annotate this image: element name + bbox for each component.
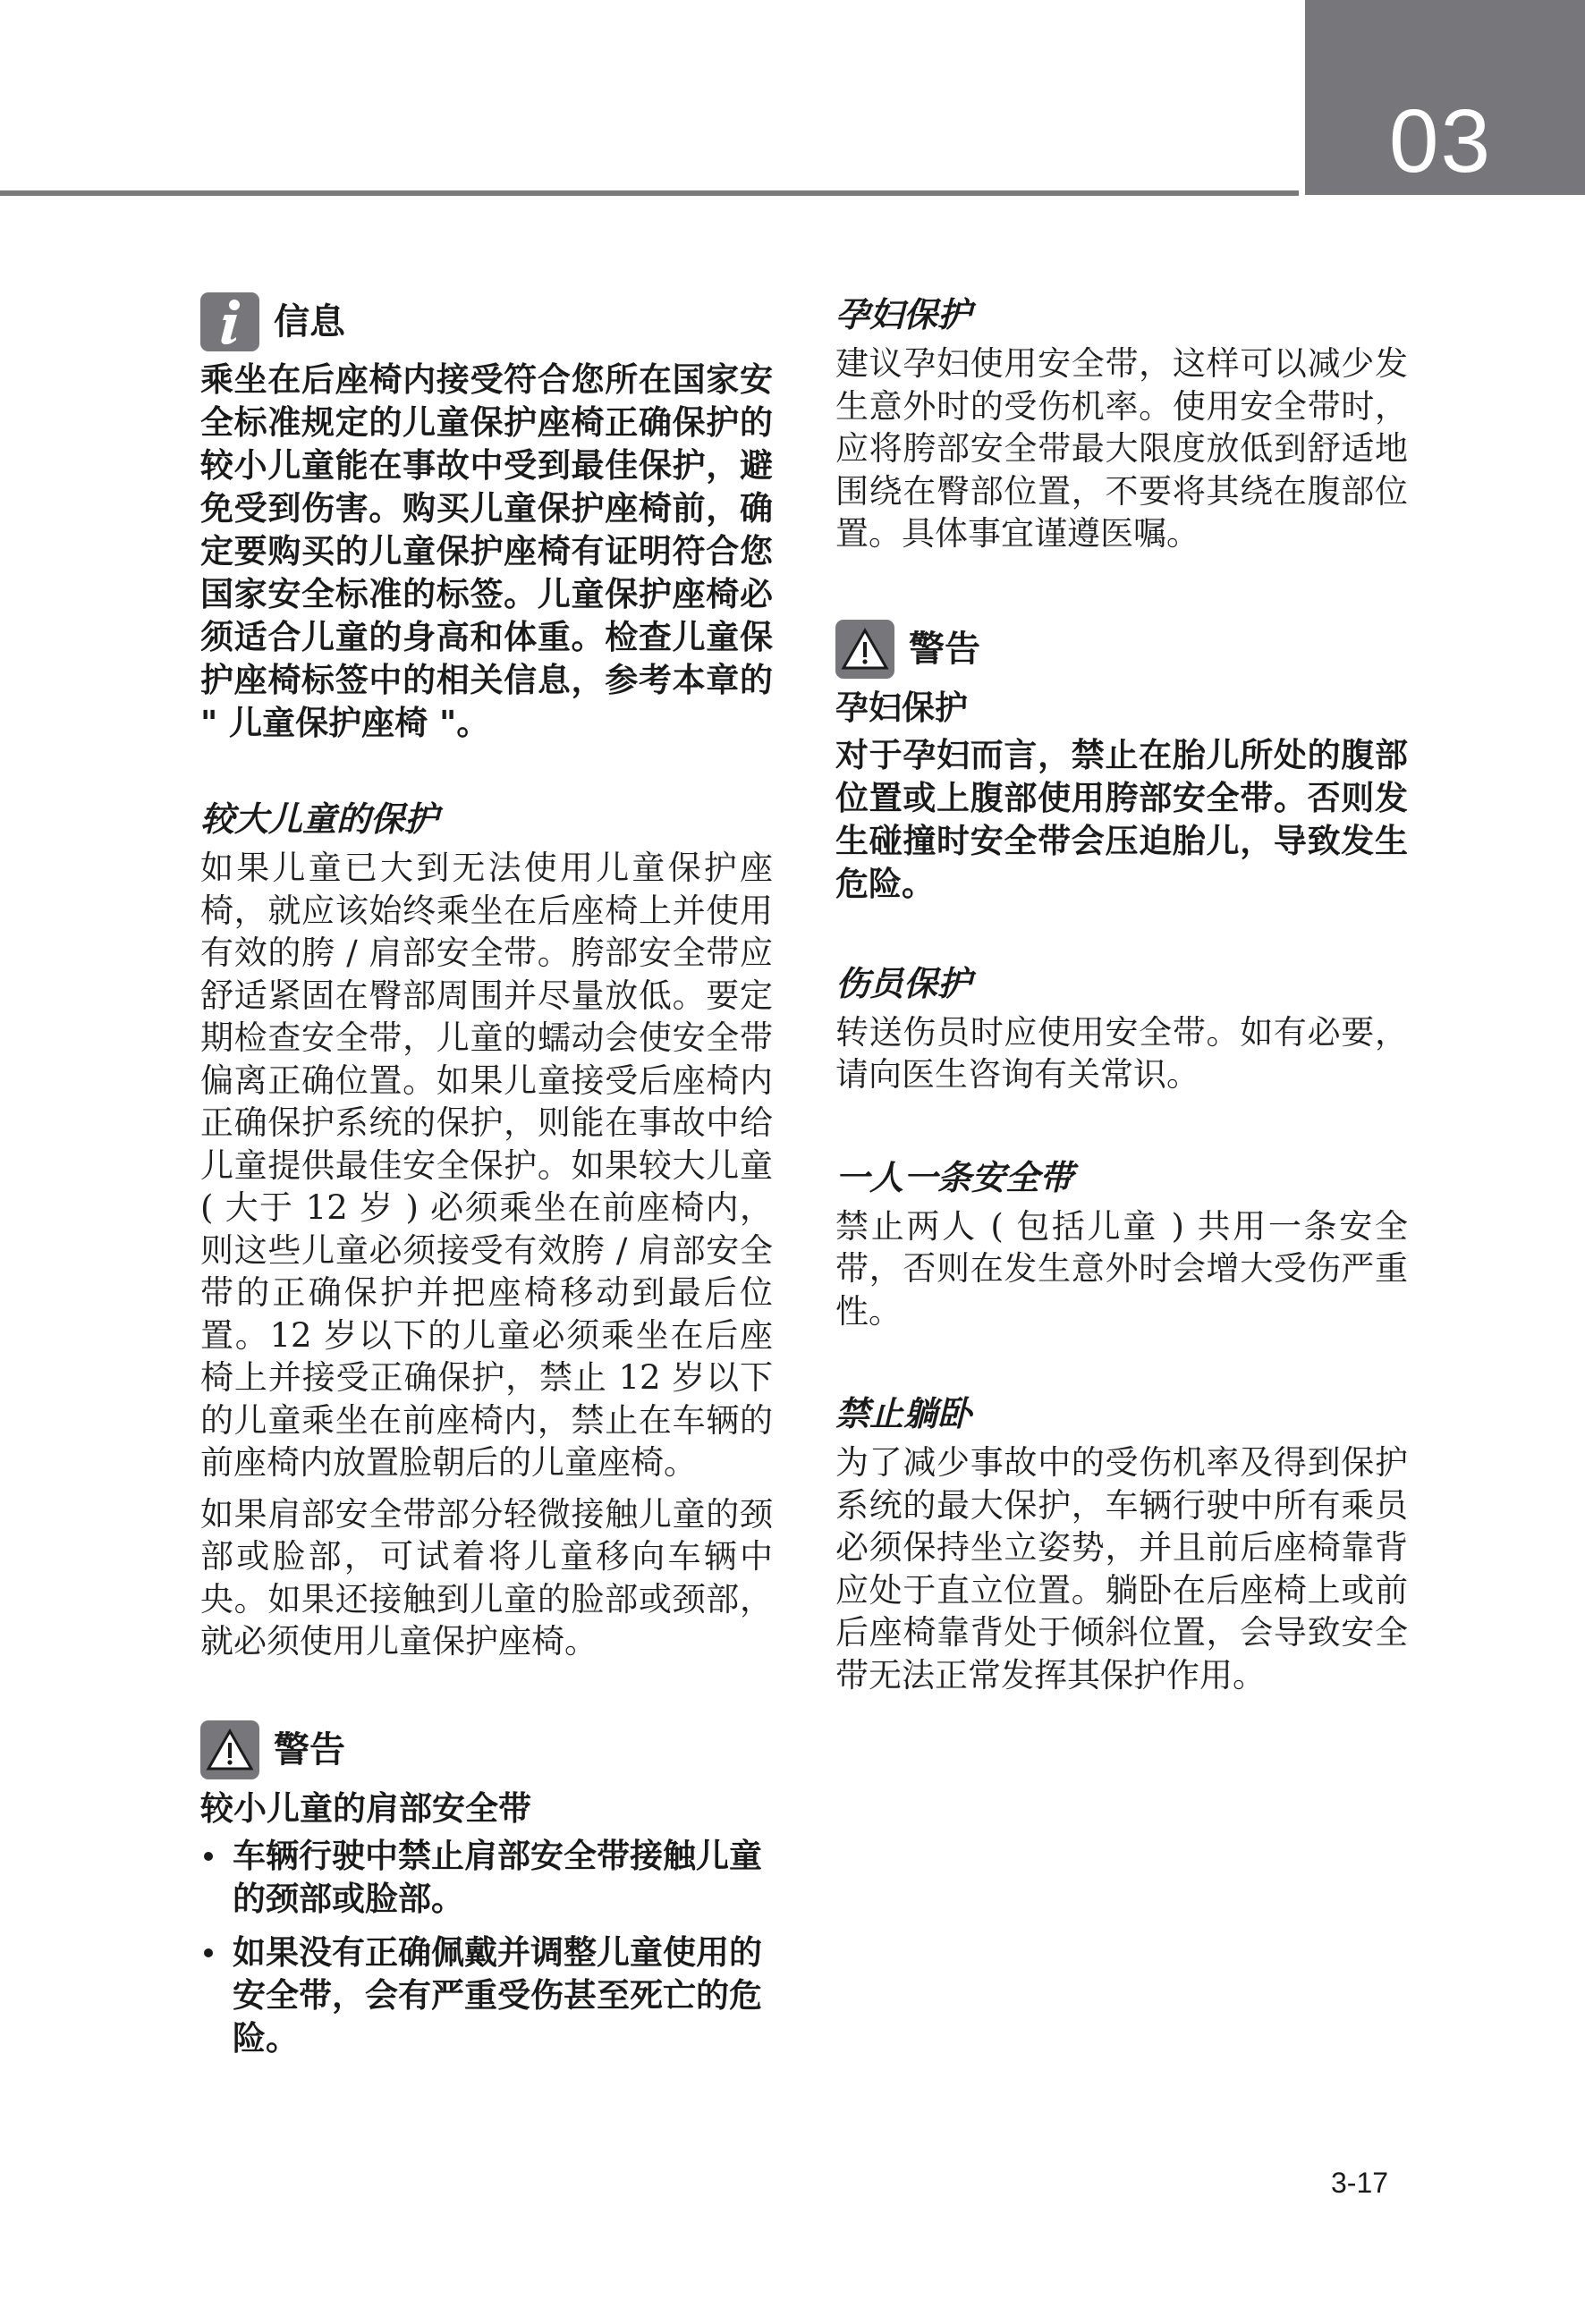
- warning-icon: [835, 620, 894, 679]
- chapter-tab: 03: [1305, 0, 1585, 195]
- info-notice-header: 信息: [200, 292, 773, 351]
- one-person-section: 一人一条安全带 禁止两人 ( 包括儿童 ) 共用一条安全带，否则在发生意外时会增…: [835, 1155, 1408, 1333]
- warning-notice-title: 警告: [909, 631, 980, 667]
- warning-notice-pregnant: 警告 孕妇保护 对于孕妇而言，禁止在胎儿所处的腹部位置或上腹部使用胯部安全带。否…: [835, 620, 1408, 906]
- older-children-section: 较大儿童的保护 如果儿童已大到无法使用儿童保护座椅，就应该始终乘坐在后座椅上并使…: [200, 797, 773, 1663]
- one-person-text: 禁止两人 ( 包括儿童 ) 共用一条安全带，否则在发生意外时会增大受伤严重性。: [835, 1205, 1408, 1333]
- older-children-title: 较大儿童的保护: [200, 797, 773, 841]
- warning-notice-text: 对于孕妇而言，禁止在胎儿所处的腹部位置或上腹部使用胯部安全带。否则发生碰撞时安全…: [835, 734, 1408, 906]
- pregnant-section: 孕妇保护 建议孕妇使用安全带，这样可以减少发生意外时的受伤机率。使用安全带时，应…: [835, 292, 1408, 555]
- right-column: 孕妇保护 建议孕妇使用安全带，这样可以减少发生意外时的受伤机率。使用安全带时，应…: [835, 292, 1408, 1696]
- chapter-number: 03: [1305, 97, 1585, 186]
- warning-notice-subtitle: 较小儿童的肩部安全带: [200, 1787, 773, 1831]
- older-children-paragraph-2: 如果肩部安全带部分轻微接触儿童的颈部或脸部，可试着将儿童移向车辆中央。如果还接触…: [200, 1493, 773, 1663]
- warning-notice-title: 警告: [274, 1732, 345, 1768]
- no-reclining-section: 禁止躺卧 为了减少事故中的受伤机率及得到保护系统的最大保护，车辆行驶中所有乘员必…: [835, 1391, 1408, 1696]
- pregnant-text: 建议孕妇使用安全带，这样可以减少发生意外时的受伤机率。使用安全带时，应将胯部安全…: [835, 342, 1408, 555]
- left-column: 信息 乘坐在后座椅内接受符合您所在国家安全标准规定的儿童保护座椅正确保护的较小儿…: [200, 292, 773, 2071]
- header-rule: [0, 190, 1299, 196]
- no-reclining-text: 为了减少事故中的受伤机率及得到保护系统的最大保护，车辆行驶中所有乘员必须保持坐立…: [835, 1441, 1408, 1696]
- warning-notice-header: 警告: [200, 1720, 773, 1779]
- no-reclining-title: 禁止躺卧: [835, 1391, 1408, 1436]
- warning-bullet-list: 车辆行驶中禁止肩部安全带接触儿童的颈部或脸部。 如果没有正确佩戴并调整儿童使用的…: [200, 1835, 773, 2060]
- injured-text: 转送伤员时应使用安全带。如有必要，请向医生咨询有关常识。: [835, 1011, 1408, 1096]
- info-notice: 信息 乘坐在后座椅内接受符合您所在国家安全标准规定的儿童保护座椅正确保护的较小儿…: [200, 292, 773, 745]
- injured-title: 伤员保护: [835, 961, 1408, 1006]
- warning-icon: [200, 1720, 259, 1779]
- page-number: 3-17: [1331, 2167, 1388, 2200]
- warning-notice-header: 警告: [835, 620, 1408, 679]
- older-children-paragraph-1: 如果儿童已大到无法使用儿童保护座椅，就应该始终乘坐在后座椅上并使用有效的胯 / …: [200, 847, 773, 1484]
- info-notice-title: 信息: [274, 304, 345, 340]
- warning-bullet: 车辆行驶中禁止肩部安全带接触儿童的颈部或脸部。: [200, 1835, 773, 1921]
- pregnant-title: 孕妇保护: [835, 292, 1408, 337]
- bullet-dot-icon: [204, 1852, 213, 1861]
- info-notice-text: 乘坐在后座椅内接受符合您所在国家安全标准规定的儿童保护座椅正确保护的较小儿童能在…: [200, 359, 773, 745]
- one-person-title: 一人一条安全带: [835, 1155, 1408, 1200]
- warning-notice-children: 警告 较小儿童的肩部安全带 车辆行驶中禁止肩部安全带接触儿童的颈部或脸部。 如果…: [200, 1720, 773, 2060]
- injured-section: 伤员保护 转送伤员时应使用安全带。如有必要，请向医生咨询有关常识。: [835, 961, 1408, 1096]
- bullet-dot-icon: [204, 1948, 213, 1957]
- warning-notice-subtitle: 孕妇保护: [835, 686, 1408, 731]
- warning-bullet: 如果没有正确佩戴并调整儿童使用的安全带，会有严重受伤甚至死亡的危险。: [200, 1931, 773, 2060]
- info-icon: [200, 292, 259, 351]
